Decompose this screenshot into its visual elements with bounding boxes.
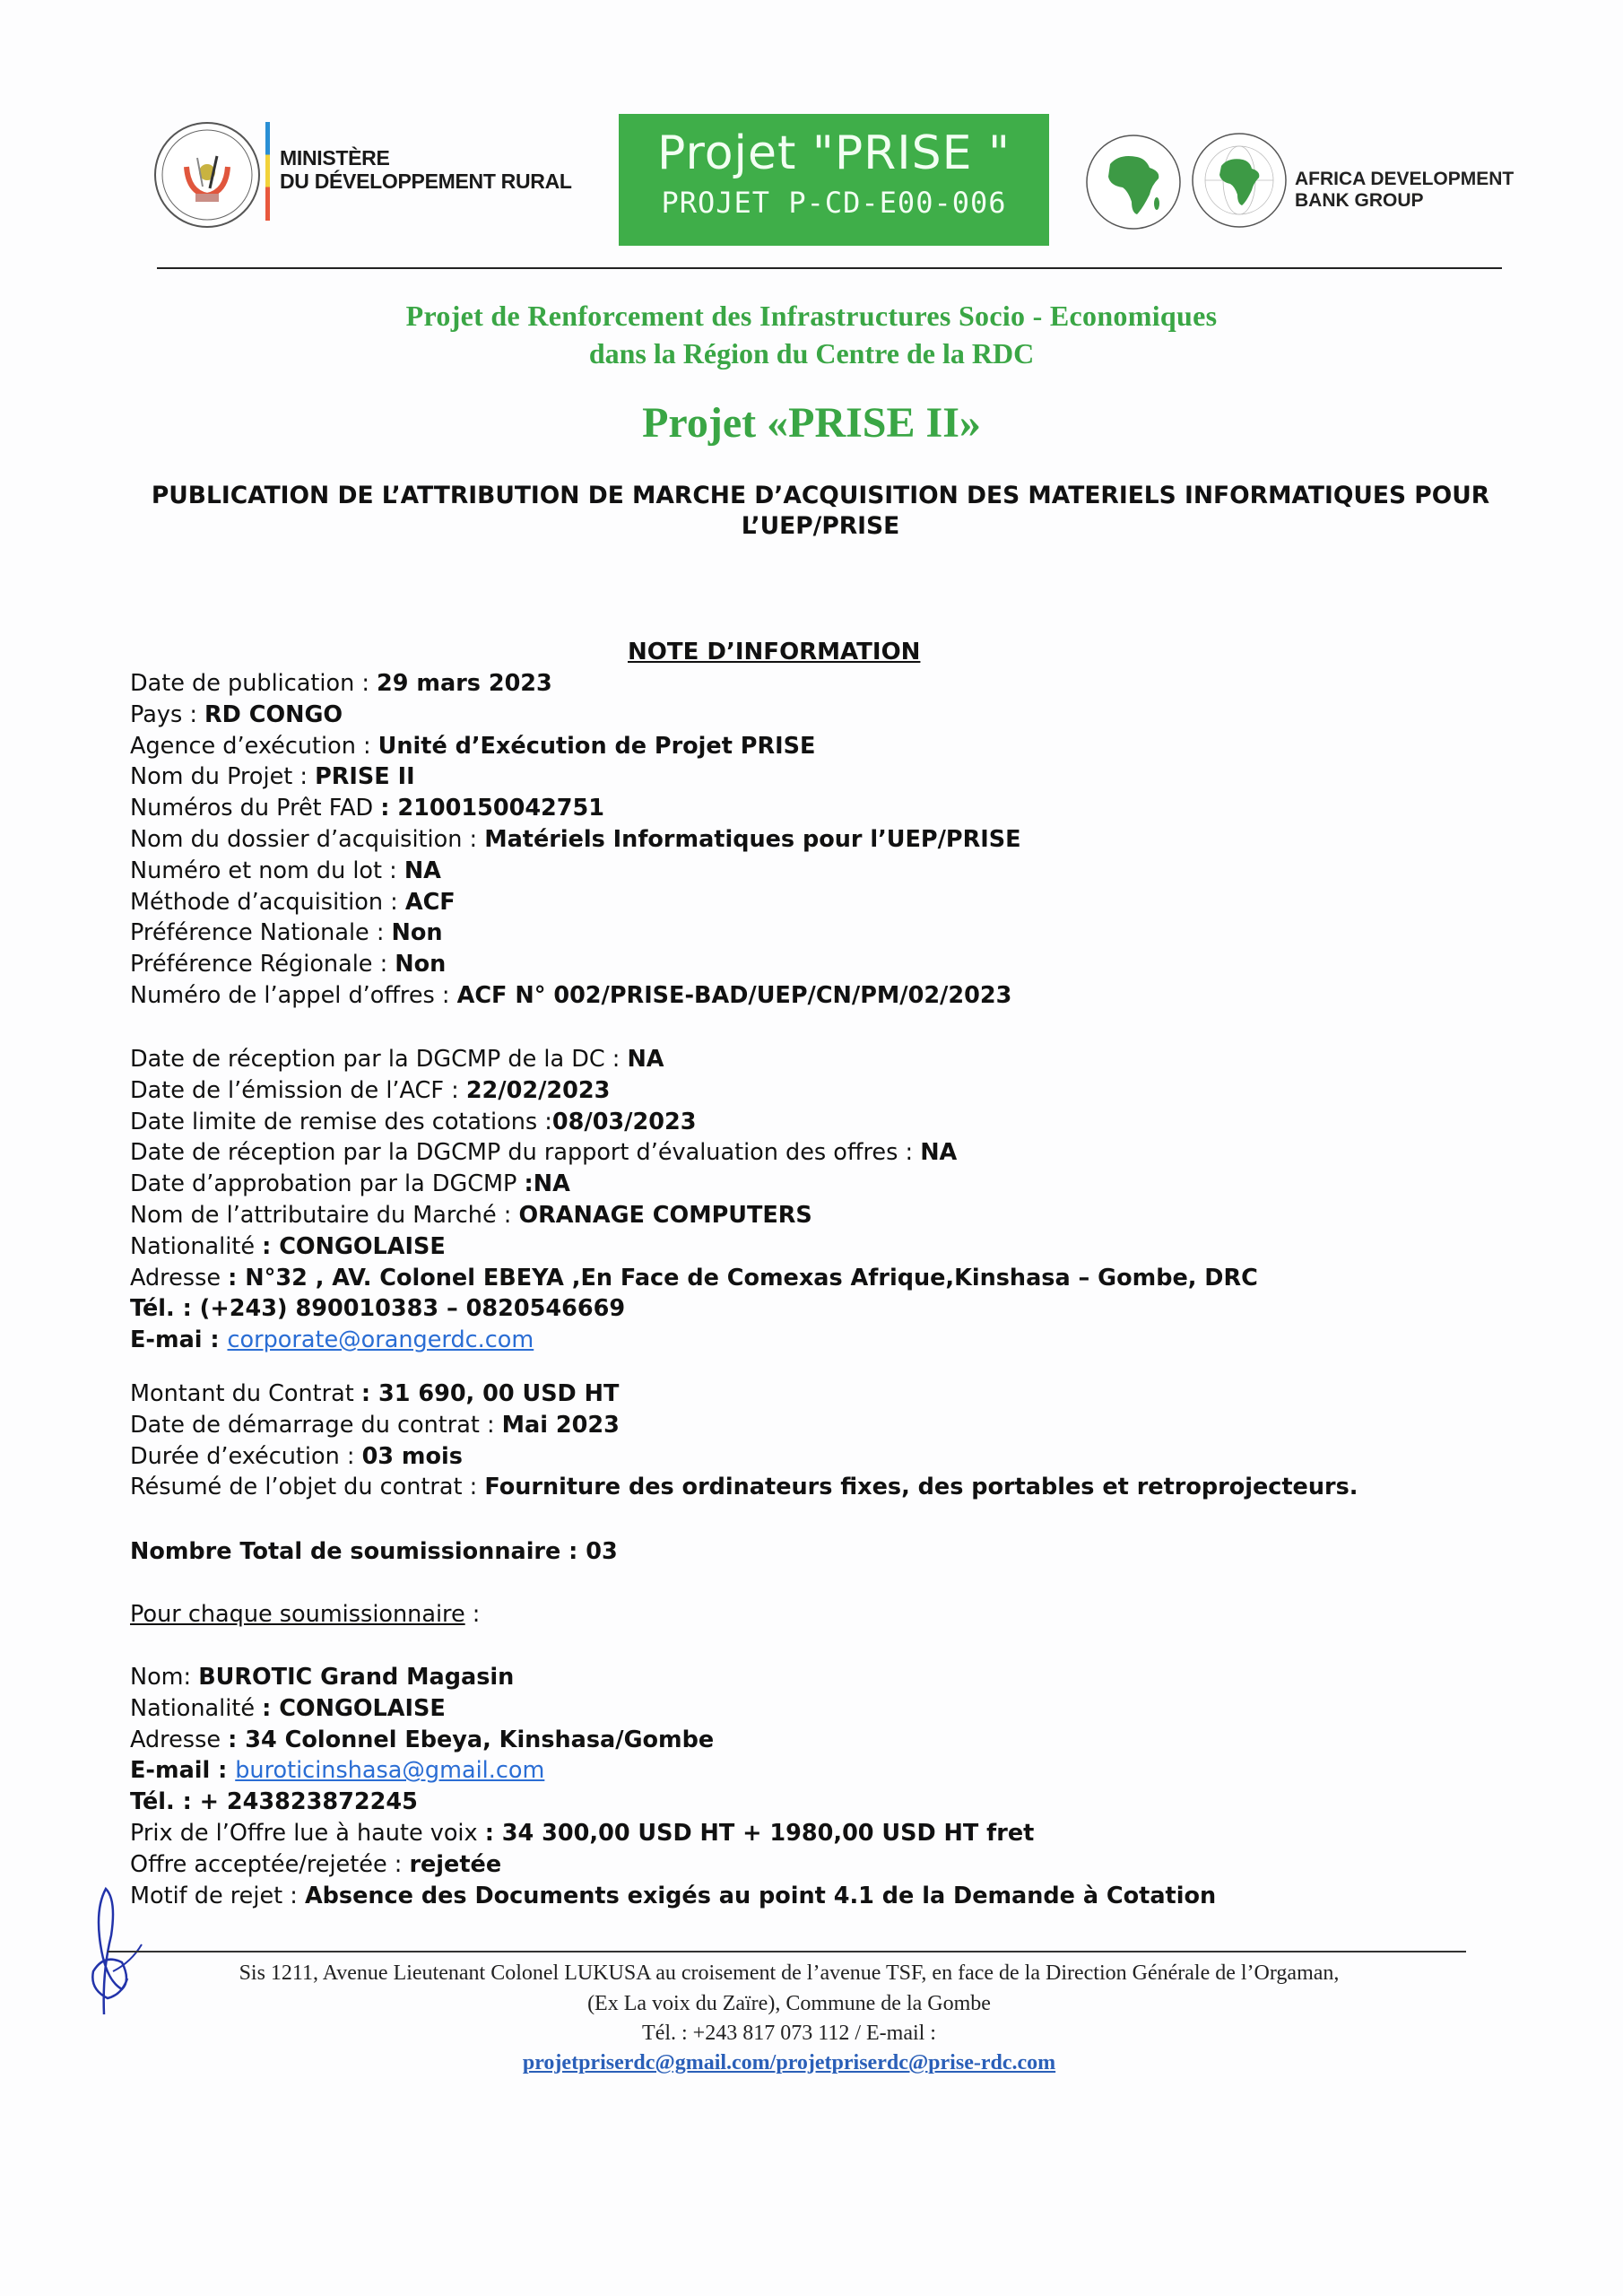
bidder-reason: Absence des Documents exigés au point 4.…	[305, 1883, 1216, 1909]
drc-government-seal	[154, 122, 260, 228]
contract-info-label: Date de démarrage du contrat :	[130, 1412, 502, 1439]
project-title: Projet «PRISE II»	[0, 398, 1623, 448]
general-info-value: PRISE II	[315, 763, 414, 790]
general-info-row: Numéros du Prêt FAD : 2100150042751	[130, 793, 1021, 824]
bidder-address-row: Adresse : 34 Colonnel Ebeya, Kinshasa/Go…	[130, 1725, 1216, 1756]
bidder-status-label: Offre acceptée/rejetée :	[130, 1851, 409, 1878]
general-info-row: Numéro de l’appel d’offres : ACF N° 002/…	[130, 980, 1021, 1012]
contract-info-row: Résumé de l’objet du contrat : Fournitur…	[130, 1472, 1358, 1503]
general-info-value: : 2100150042751	[380, 795, 604, 822]
ministry-line-2: DU DÉVELOPPEMENT RURAL	[280, 170, 572, 193]
general-info-row: Préférence Nationale : Non	[130, 918, 1021, 949]
general-info-label: Nom du Projet :	[130, 763, 315, 790]
bidder-nationality-label: Nationalité	[130, 1695, 262, 1722]
bidder-nationality-row: Nationalité : CONGOLAISE	[130, 1693, 1216, 1725]
publication-title: PUBLICATION DE L’ATTRIBUTION DE MARCHE D…	[135, 481, 1506, 542]
contract-info-label: Résumé de l’objet du contrat :	[130, 1474, 484, 1500]
footer-address-line-2: (Ex La voix du Zaïre), Commune de la Gom…	[90, 1992, 1488, 2016]
general-info-label: Pays :	[130, 701, 204, 728]
bidder-name: BUROTIC Grand Magasin	[198, 1664, 514, 1691]
award-info-row: Date de l’émission de l’ACF : 22/02/2023	[130, 1075, 1258, 1107]
general-info-label: Méthode d’acquisition :	[130, 889, 405, 916]
bidder-address-label: Adresse	[130, 1726, 228, 1753]
award-info-label: Adresse	[130, 1265, 228, 1291]
award-info-label: Date de l’émission de l’ACF :	[130, 1077, 466, 1104]
bidder-price-row: Prix de l’Offre lue à haute voix : 34 30…	[130, 1818, 1216, 1849]
general-info-value: Non	[395, 951, 446, 978]
bank-name-line-2: BANK GROUP	[1295, 190, 1514, 212]
per-bidder-heading-text: Pour chaque soumissionnaire	[130, 1601, 465, 1628]
awardee-email-label: E-mai :	[130, 1326, 227, 1353]
award-info-value: : N°32 , AV. Colonel EBEYA ,En Face de C…	[228, 1265, 1258, 1291]
award-info-row: Date de réception par la DGCMP de la DC …	[130, 1044, 1258, 1075]
general-info-row: Préférence Régionale : Non	[130, 949, 1021, 980]
ministry-line-1: MINISTÈRE	[280, 146, 572, 170]
afdb-group-name: AFRICA DEVELOPMENT BANK GROUP	[1295, 169, 1514, 212]
bidder-card: Nom: BUROTIC Grand Magasin Nationalité :…	[130, 1662, 1216, 1911]
bidder-email-row: E-mail : buroticinshasa@gmail.com	[130, 1755, 1216, 1787]
bidder-price-label: Prix de l’Offre lue à haute voix	[130, 1820, 485, 1847]
total-bidders: Nombre Total de soumissionnaire : 03	[130, 1536, 618, 1568]
award-info-value: :NA	[525, 1170, 570, 1197]
award-info-row: Date d’approbation par la DGCMP :NA	[130, 1169, 1258, 1200]
general-info-value: Unité d’Exécution de Projet PRISE	[378, 733, 816, 760]
general-info-value: RD CONGO	[204, 701, 343, 728]
note-heading: NOTE D’INFORMATION	[628, 639, 920, 665]
awardee-email-row: E-mai : corporate@orangerdc.com	[130, 1325, 1258, 1356]
awardee-phone-text: Tél. : (+243) 890010383 – 0820546669	[130, 1295, 625, 1322]
per-bidder-colon: :	[465, 1601, 481, 1628]
award-info-value: ORANAGE COMPUTERS	[518, 1202, 811, 1229]
award-info-label: Nom de l’attributaire du Marché :	[130, 1202, 518, 1229]
project-badge-title: Projet "PRISE "	[619, 126, 1049, 180]
bidder-reason-row: Motif de rejet : Absence des Documents e…	[130, 1881, 1216, 1912]
award-info-label: Date limite de remise des cotations :	[130, 1109, 552, 1135]
award-info-label: Nationalité	[130, 1233, 262, 1260]
contract-info-value: : 31 690, 00 USD HT	[361, 1380, 619, 1407]
bidder-status: rejetée	[409, 1851, 501, 1878]
bidder-email-label: E-mail :	[130, 1757, 235, 1784]
general-info-label: Numéro de l’appel d’offres :	[130, 982, 457, 1009]
general-info-row: Agence d’exécution : Unité d’Exécution d…	[130, 731, 1021, 762]
project-badge: Projet "PRISE " PROJET P-CD-E00-006	[619, 114, 1049, 246]
general-info-list: Date de publication : 29 mars 2023Pays :…	[130, 668, 1021, 1012]
award-info-value: NA	[920, 1139, 957, 1166]
general-info-label: Agence d’exécution :	[130, 733, 378, 760]
award-info-value: 08/03/2023	[552, 1109, 697, 1135]
general-info-row: Méthode d’acquisition : ACF	[130, 887, 1021, 918]
contract-info-list: Montant du Contrat : 31 690, 00 USD HTDa…	[130, 1378, 1358, 1503]
general-info-label: Nom du dossier d’acquisition :	[130, 826, 484, 853]
award-info-row: Adresse : N°32 , AV. Colonel EBEYA ,En F…	[130, 1263, 1258, 1294]
general-info-value: Matériels Informatiques pour l’UEP/PRISE	[484, 826, 1020, 853]
ministry-name: MINISTÈRE DU DÉVELOPPEMENT RURAL	[280, 146, 572, 193]
header-divider	[157, 267, 1502, 269]
general-info-value: 29 mars 2023	[377, 670, 552, 697]
awardee-phone: Tél. : (+243) 890010383 – 0820546669	[130, 1293, 1258, 1325]
award-info-row: Date de réception par la DGCMP du rappor…	[130, 1137, 1258, 1169]
coat-of-arms-icon	[156, 124, 258, 226]
flag-color-bar	[265, 122, 270, 221]
bank-name-line-1: AFRICA DEVELOPMENT	[1295, 169, 1514, 190]
bidder-email-link[interactable]: buroticinshasa@gmail.com	[235, 1757, 544, 1784]
adf-fund-logo	[1189, 130, 1289, 230]
footer-divider	[108, 1951, 1466, 1952]
contract-info-row: Date de démarrage du contrat : Mai 2023	[130, 1410, 1358, 1441]
award-info-value: : CONGOLAISE	[262, 1233, 446, 1260]
awardee-email-link[interactable]: corporate@orangerdc.com	[227, 1326, 534, 1353]
footer-contact-line: Tél. : +243 817 073 112 / E-mail :	[90, 2022, 1488, 2046]
award-info-label: Date d’approbation par la DGCMP	[130, 1170, 525, 1197]
general-info-value: NA	[404, 857, 441, 884]
general-info-row: Nom du Projet : PRISE II	[130, 761, 1021, 793]
general-info-row: Date de publication : 29 mars 2023	[130, 668, 1021, 700]
general-info-value: ACF	[405, 889, 456, 916]
general-info-row: Nom du dossier d’acquisition : Matériels…	[130, 824, 1021, 856]
contract-info-row: Durée d’exécution : 03 mois	[130, 1441, 1358, 1473]
program-subtitle-line-1: Projet de Renforcement des Infrastructur…	[0, 300, 1623, 333]
per-bidder-heading: Pour chaque soumissionnaire :	[130, 1599, 480, 1631]
globe-africa-icon	[1189, 130, 1289, 230]
bidder-nationality: : CONGOLAISE	[262, 1695, 446, 1722]
award-info-label: Date de réception par la DGCMP de la DC …	[130, 1046, 627, 1073]
bidder-status-row: Offre acceptée/rejetée : rejetée	[130, 1849, 1216, 1881]
general-info-label: Numéro et nom du lot :	[130, 857, 404, 884]
contract-info-label: Durée d’exécution :	[130, 1443, 362, 1470]
award-info-label: Date de réception par la DGCMP du rappor…	[130, 1139, 920, 1166]
award-info-row: Nationalité : CONGOLAISE	[130, 1231, 1258, 1263]
general-info-label: Préférence Régionale :	[130, 951, 395, 978]
project-badge-code: PROJET P-CD-E00-006	[619, 186, 1049, 220]
contract-info-value: Mai 2023	[502, 1412, 620, 1439]
contract-info-row: Montant du Contrat : 31 690, 00 USD HT	[130, 1378, 1358, 1410]
general-info-label: Date de publication :	[130, 670, 377, 697]
award-info-value: NA	[627, 1046, 664, 1073]
bidder-address: : 34 Colonnel Ebeya, Kinshasa/Gombe	[228, 1726, 714, 1753]
footer-address-line-1: Sis 1211, Avenue Lieutenant Colonel LUKU…	[90, 1961, 1488, 1986]
total-bidders-text: Nombre Total de soumissionnaire : 03	[130, 1538, 618, 1565]
general-info-row: Numéro et nom du lot : NA	[130, 856, 1021, 887]
footer-email-links[interactable]: projetpriserdc@gmail.com/projetpriserdc@…	[90, 2051, 1488, 2075]
africa-map-icon	[1083, 132, 1184, 232]
general-info-value: ACF N° 002/PRISE-BAD/UEP/CN/PM/02/2023	[457, 982, 1012, 1009]
bidder-name-row: Nom: BUROTIC Grand Magasin	[130, 1662, 1216, 1693]
general-info-label: Numéros du Prêt FAD	[130, 795, 380, 822]
general-info-value: Non	[392, 919, 443, 946]
bidder-price: : 34 300,00 USD HT + 1980,00 USD HT fret	[485, 1820, 1035, 1847]
bidder-phone-row: Tél. : + 243823872245	[130, 1787, 1216, 1818]
award-info-row: Nom de l’attributaire du Marché : ORANAG…	[130, 1200, 1258, 1231]
general-info-label: Préférence Nationale :	[130, 919, 392, 946]
general-info-row: Pays : RD CONGO	[130, 700, 1021, 731]
award-info-row: Date limite de remise des cotations :08/…	[130, 1107, 1258, 1138]
bidder-phone: Tél. : + 243823872245	[130, 1788, 418, 1815]
bidder-name-label: Nom:	[130, 1664, 198, 1691]
program-subtitle-line-2: dans la Région du Centre de la RDC	[0, 337, 1623, 370]
award-info-list: Date de réception par la DGCMP de la DC …	[130, 1044, 1258, 1356]
afdb-bank-logo	[1083, 132, 1184, 232]
contract-info-value: Fourniture des ordinateurs fixes, des po…	[484, 1474, 1358, 1500]
award-info-value: 22/02/2023	[466, 1077, 611, 1104]
contract-info-label: Montant du Contrat	[130, 1380, 361, 1407]
contract-info-value: 03 mois	[362, 1443, 463, 1470]
